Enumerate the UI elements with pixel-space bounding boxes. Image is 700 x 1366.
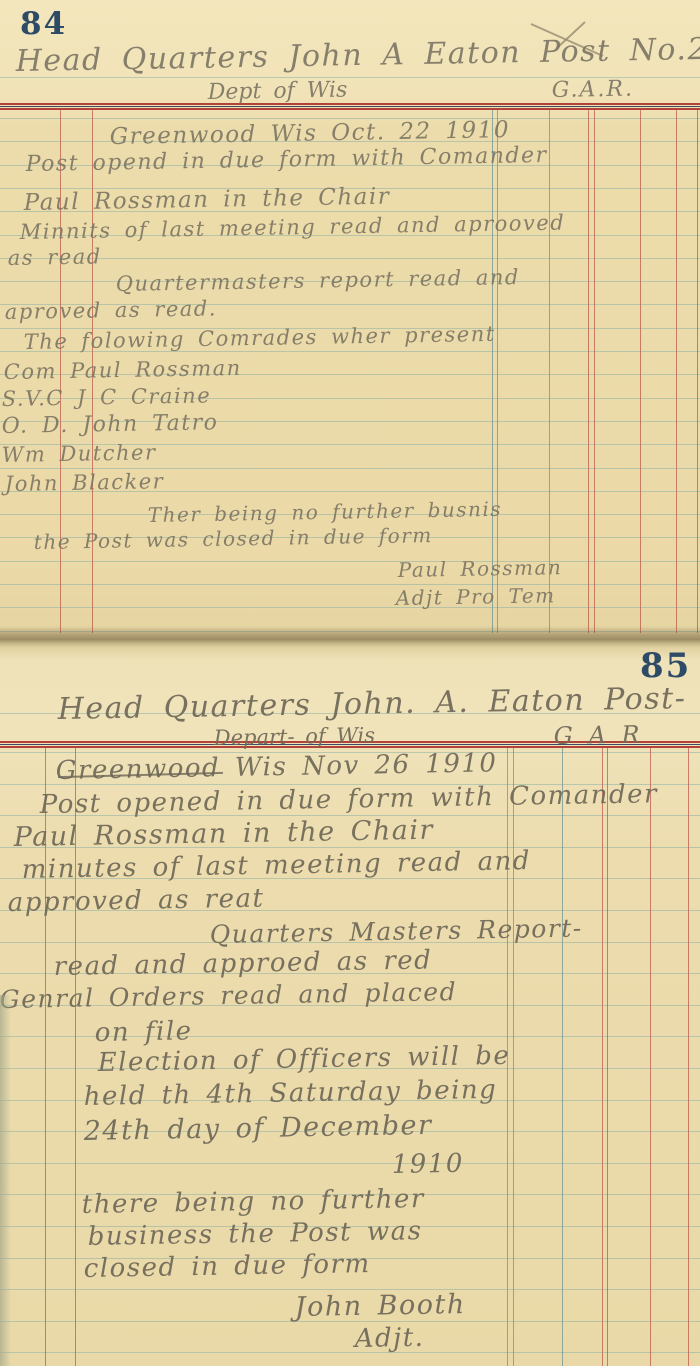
ruled-line — [0, 1352, 700, 1353]
ruled-line — [0, 1163, 700, 1164]
head-rule — [0, 106, 700, 107]
page-number-85: 85 — [640, 646, 691, 686]
ruled-line — [0, 468, 700, 469]
handwritten-line: aproved as read. — [5, 296, 218, 324]
handwritten-line: John Booth — [294, 1289, 466, 1323]
column-rule — [650, 748, 651, 1366]
column-rule — [640, 109, 641, 633]
ruled-line — [0, 584, 700, 585]
handwritten-line: there being no further — [81, 1184, 425, 1220]
column-rule — [492, 109, 493, 633]
page-84-header-dept: Dept of Wis — [208, 78, 348, 105]
handwritten-line: Adjt Pro Tem — [396, 583, 556, 610]
head-rule — [0, 103, 700, 105]
column-rule — [676, 109, 677, 633]
handwritten-line: Wm Dutcher — [2, 440, 157, 467]
page-number-84: 84 — [20, 6, 67, 42]
handwritten-line: 1910 — [391, 1149, 464, 1180]
column-rule — [513, 748, 514, 1366]
page-85-header-org: G A R — [554, 720, 644, 750]
column-rule — [602, 748, 603, 1366]
page-85-header-dept: Depart- of Wis — [214, 723, 376, 750]
ruled-line — [0, 1289, 700, 1290]
handwritten-line: S.V.C J C Craine — [2, 383, 212, 411]
handwritten-line: John Blacker — [5, 469, 165, 496]
handwritten-line: Adjt. — [354, 1323, 424, 1354]
handwritten-line: on file — [94, 1016, 192, 1048]
head-rule — [0, 108, 700, 110]
handwritten-line: Paul Rossman — [398, 555, 563, 582]
handwritten-line: 24th day of December — [83, 1110, 432, 1147]
page-fold-shadow — [0, 626, 700, 648]
handwritten-line: as read — [8, 244, 102, 270]
scan-edge-strip — [0, 995, 11, 1366]
column-rule — [688, 748, 689, 1366]
page-84-header-org: G.A.R. — [552, 77, 635, 103]
handwritten-line: approved as reat — [7, 884, 264, 918]
ruled-line — [0, 607, 700, 608]
column-rule — [588, 109, 589, 633]
handwritten-line: O. D. John Tatro — [2, 410, 219, 439]
column-rule — [594, 109, 595, 633]
handwritten-line: Com Paul Rossman — [4, 356, 242, 384]
column-rule — [562, 748, 563, 1366]
column-rule — [697, 109, 698, 633]
handwritten-line: business the Post was — [87, 1216, 422, 1252]
ruled-line — [0, 258, 700, 259]
ruled-line — [0, 561, 700, 562]
ledger-scan: 84 85 Head Quarters John A Eaton Post No… — [0, 0, 700, 1366]
column-rule — [497, 109, 498, 633]
handwritten-line: closed in due form — [83, 1249, 370, 1284]
column-rule — [607, 748, 608, 1366]
